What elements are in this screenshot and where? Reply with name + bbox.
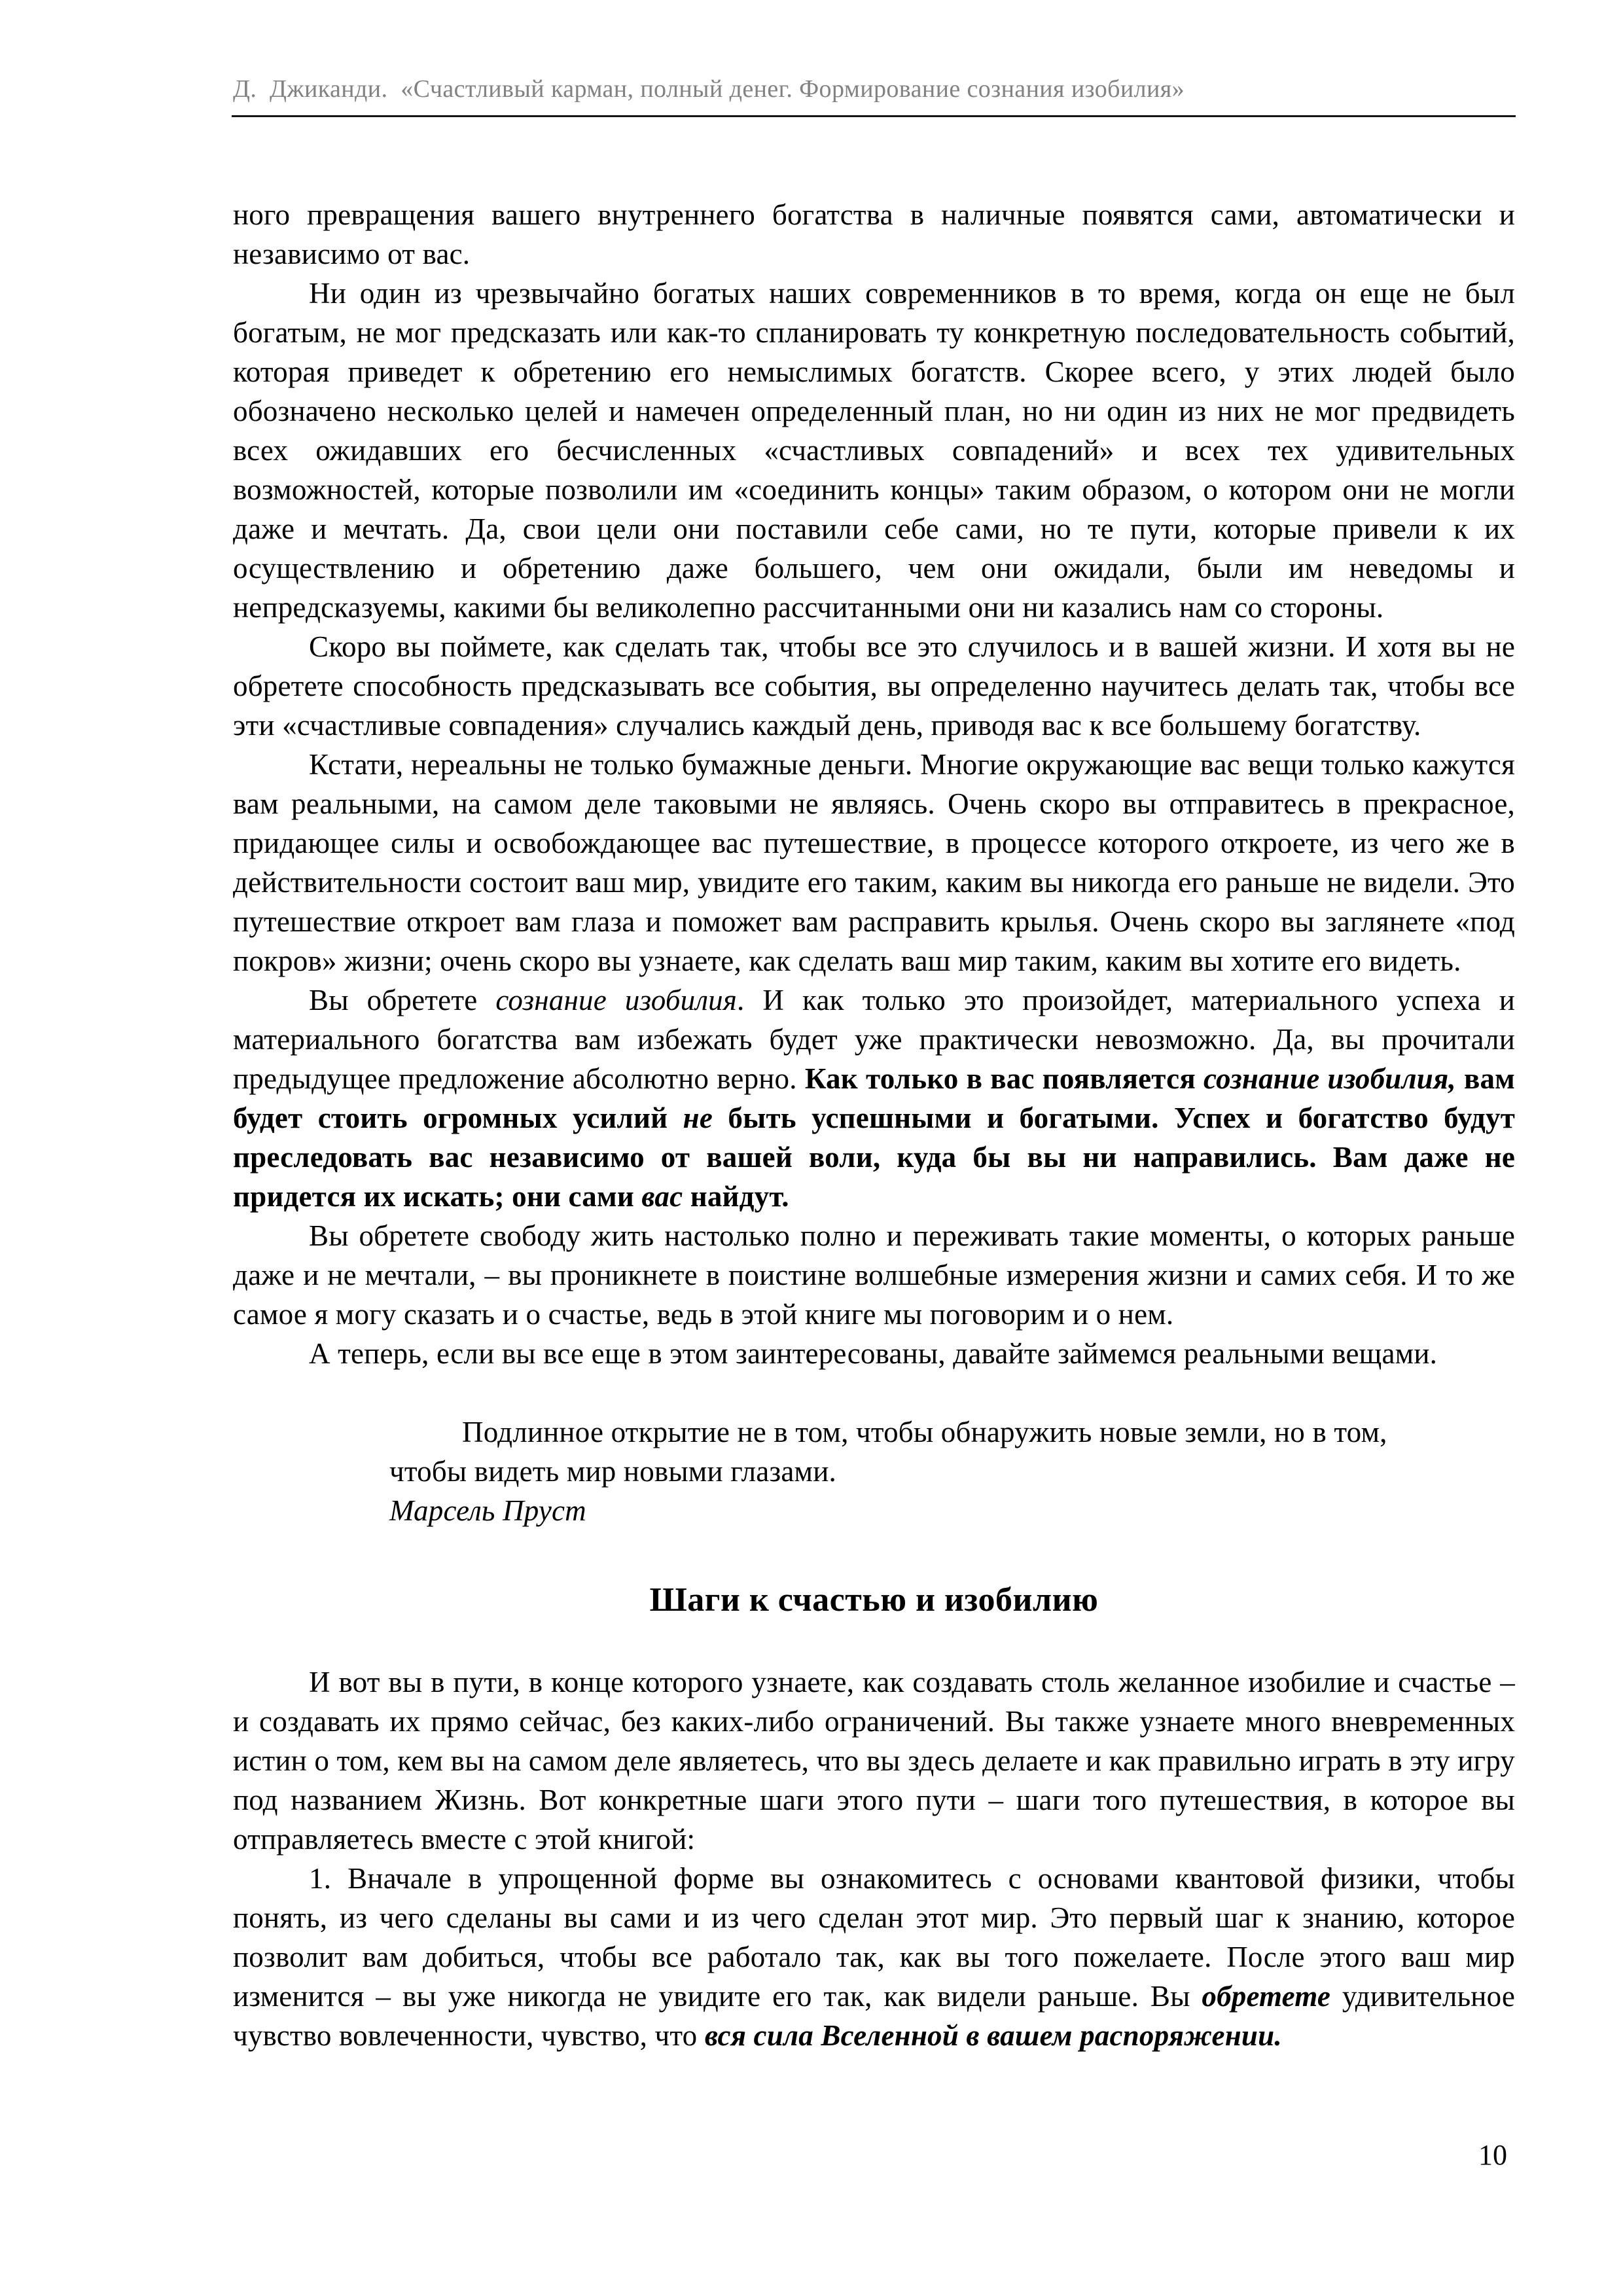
paragraph: ного превращения вашего внутреннего бога…: [233, 195, 1515, 274]
text-run: найдут.: [683, 1180, 789, 1213]
text-run: Как только в вас появляется: [805, 1062, 1204, 1095]
paragraph: Ни один из чрезвычайно богатых наших сов…: [233, 274, 1515, 627]
body-paragraphs-after: И вот вы в пути, в конце которого узнает…: [233, 1662, 1515, 2055]
text-run: И вот вы в пути, в конце которого узнает…: [233, 1666, 1515, 1856]
running-header: Д. Джиканди. «Счастливый карман, полный …: [233, 73, 1515, 105]
paragraph: А теперь, если вы все еще в этом заинтер…: [233, 1334, 1515, 1373]
text-run: обретете: [1202, 1980, 1330, 2013]
paragraph: Скоро вы поймете, как сделать так, чтобы…: [233, 627, 1515, 745]
text-run: ного превращения вашего внутреннего бога…: [233, 198, 1515, 270]
header-rule: [232, 115, 1516, 117]
paragraph: Вы обретете свободу жить настолько полно…: [233, 1216, 1515, 1334]
quote-line-2: чтобы видеть мир новыми глазами.: [389, 1452, 1469, 1491]
text-run: Вы обретете: [309, 984, 495, 1016]
paragraph: 1. Вначале в упрощенной форме вы ознаком…: [233, 1859, 1515, 2055]
text-run: А теперь, если вы все еще в этом заинтер…: [309, 1337, 1437, 1370]
text-run: вас: [641, 1180, 683, 1213]
paragraph: И вот вы в пути, в конце которого узнает…: [233, 1662, 1515, 1859]
paragraph: Вы обретете сознание изобилия. И как тол…: [233, 980, 1515, 1216]
book-page: Д. Джиканди. «Счастливый карман, полный …: [0, 0, 1623, 2296]
paragraph: Кстати, нереальны не только бумажные ден…: [233, 745, 1515, 980]
quote-attribution: Марсель Пруст: [389, 1491, 1469, 1530]
text-run: Ни один из чрезвычайно богатых наших сов…: [233, 277, 1515, 624]
text-run: сознание изобилия,: [1204, 1062, 1456, 1095]
chapter-heading: Шаги к счастью и изобилию: [233, 1577, 1515, 1623]
text-run: не: [683, 1102, 713, 1134]
text-run: Скоро вы поймете, как сделать так, чтобы…: [233, 630, 1515, 742]
text-run: сознание изобилия: [495, 984, 737, 1016]
text-run: вся сила Вселенной в вашем распоряжении.: [705, 2019, 1282, 2052]
text-run: Кстати, нереальны не только бумажные ден…: [233, 748, 1515, 977]
running-header-text: Д. Джиканди. «Счастливый карман, полный …: [233, 75, 1185, 103]
text-run: Вы обретете свободу жить настолько полно…: [233, 1219, 1515, 1331]
epigraph-quote: Подлинное открытие не в том, чтобы обнар…: [389, 1412, 1469, 1530]
body-paragraphs-before: ного превращения вашего внутреннего бога…: [233, 195, 1515, 1373]
quote-line-1: Подлинное открытие не в том, чтобы обнар…: [389, 1412, 1469, 1452]
page-content: ного превращения вашего внутреннего бога…: [233, 195, 1515, 2055]
page-number: 10: [1478, 2139, 1507, 2172]
